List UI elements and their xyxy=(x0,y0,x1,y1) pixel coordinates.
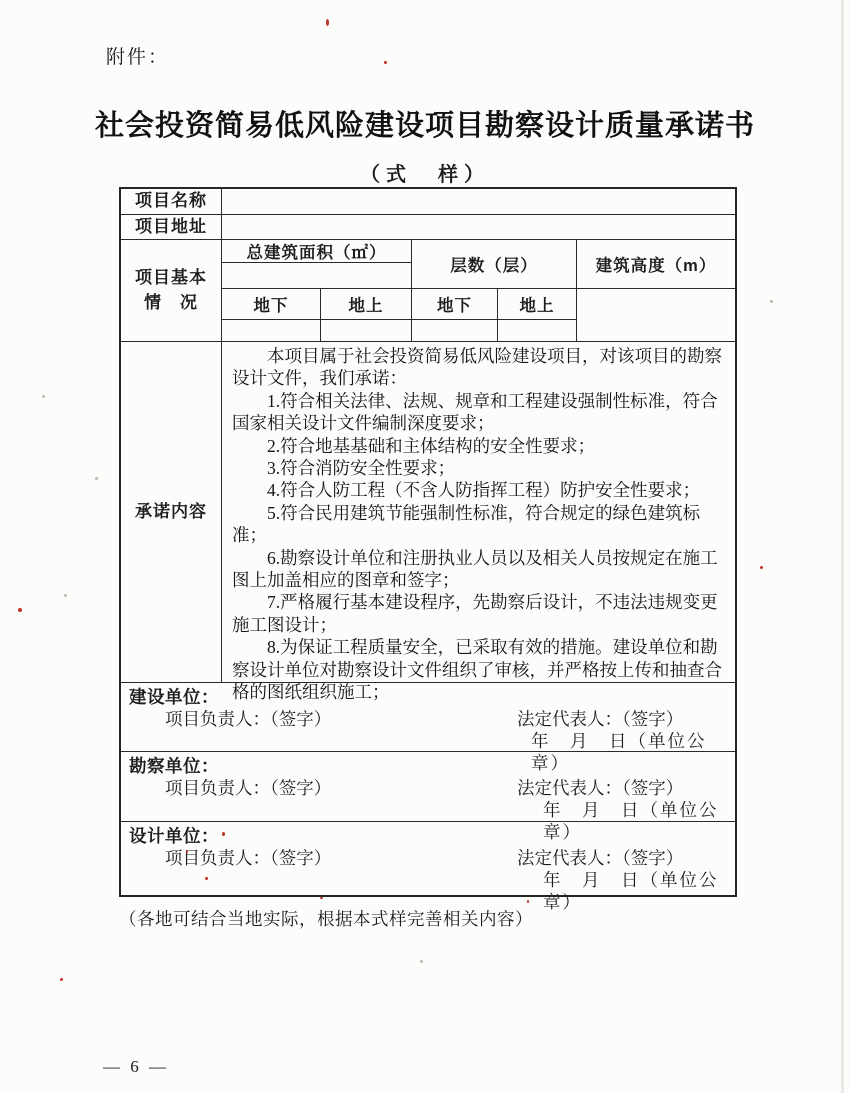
design-manager-signature-label: 项目负责人：（签字） xyxy=(165,848,331,868)
floors-above-value xyxy=(498,320,577,341)
attachment-label: 附件： xyxy=(106,42,169,69)
footnote: （各地可结合当地实际，根据本式样完善相关内容） xyxy=(119,906,533,931)
area-below-value xyxy=(222,320,321,341)
red-scan-speck xyxy=(18,608,22,612)
commitment-intro: 本项目属于社会投资简易低风险建设项目，对该项目的勘察设计文件，我们承诺： xyxy=(232,345,726,390)
basic-info-label: 项目基本 情 况 xyxy=(121,240,222,341)
red-scan-speck xyxy=(205,877,208,880)
commitment-item-2: 2.符合地基基础和主体结构的安全性要求； xyxy=(232,435,726,457)
page-number: — 6 — xyxy=(103,1057,169,1077)
survey-unit-label: 勘察单位： xyxy=(129,755,735,777)
project-address-value xyxy=(222,215,735,239)
commitment-row: 承诺内容 本项目属于社会投资简易低风险建设项目，对该项目的勘察设计文件，我们承诺… xyxy=(121,342,735,683)
design-unit-label: 设计单位： xyxy=(129,825,735,847)
area-below-header: 地下 xyxy=(222,289,321,320)
design-legal-rep-signature-label: 法定代表人：（签字） xyxy=(517,847,683,869)
red-scan-speck xyxy=(384,61,387,64)
basic-info-row: 项目基本 情 况 总建筑面积（㎡） 层数（层） 建筑高度（m） 地下 地上 地下… xyxy=(121,240,735,342)
commitment-item-5: 5.符合民用建筑节能强制性标准，符合规定的绿色建筑标准； xyxy=(232,502,726,547)
floors-above-header: 地上 xyxy=(498,289,577,320)
design-date-seal-label: 年 月 日（单位公章） xyxy=(543,869,735,913)
project-address-row: 项目地址 xyxy=(121,215,735,240)
commitment-item-1: 1.符合相关法律、法规、规章和工程建设强制性标准，符合国家相关设计文件编制深度要… xyxy=(232,390,726,435)
red-scan-speck xyxy=(326,19,329,26)
gray-scan-speck xyxy=(64,594,67,597)
commitment-item-4: 4.符合人防工程（不含人防指挥工程）防护安全性要求； xyxy=(232,479,726,501)
construction-unit-label: 建设单位： xyxy=(129,686,735,708)
commitment-item-6: 6.勘察设计单位和注册执业人员以及相关人员按规定在施工图上加盖相应的图章和签字； xyxy=(232,547,726,592)
gray-scan-speck xyxy=(95,477,98,480)
gray-scan-speck xyxy=(420,960,423,963)
total-area-header: 总建筑面积（㎡） xyxy=(222,240,412,263)
red-scan-speck xyxy=(222,832,225,836)
construction-legal-rep-signature-label: 法定代表人：（签字） xyxy=(517,708,683,730)
document-title: 社会投资简易低风险建设项目勘察设计质量承诺书 xyxy=(0,103,850,144)
red-scan-speck xyxy=(60,978,63,981)
gray-scan-speck xyxy=(770,300,773,303)
commitment-text: 本项目属于社会投资简易低风险建设项目，对该项目的勘察设计文件，我们承诺： 1.符… xyxy=(222,342,735,682)
design-unit-signature-block: 设计单位： 项目负责人：（签字） 法定代表人：（签字） 年 月 日（单位公章） xyxy=(121,822,735,895)
height-header: 建筑高度（m） xyxy=(577,240,735,289)
floors-header: 层数（层） xyxy=(412,240,577,289)
area-above-header: 地上 xyxy=(321,289,412,320)
project-name-value xyxy=(222,189,735,214)
basic-info-label-line1: 项目基本 xyxy=(135,268,207,287)
basic-info-grid: 总建筑面积（㎡） 层数（层） 建筑高度（m） 地下 地上 地下 地上 xyxy=(222,240,735,341)
project-name-label: 项目名称 xyxy=(121,189,222,214)
document-subtitle: （式 样） xyxy=(0,158,850,187)
floors-below-value xyxy=(412,320,498,341)
survey-legal-rep-signature-label: 法定代表人：（签字） xyxy=(517,777,683,799)
construction-unit-signature-block: 建设单位： 项目负责人：（签字） 法定代表人：（签字） 年 月 日（单位公章） xyxy=(121,683,735,752)
commitment-item-7: 7.严格履行基本建设程序，先勘察后设计，不违法违规变更施工图设计； xyxy=(232,591,726,636)
scanned-document-page: 附件： 社会投资简易低风险建设项目勘察设计质量承诺书 （式 样） 项目名称 项目… xyxy=(0,0,850,1093)
survey-manager-signature-label: 项目负责人：（签字） xyxy=(165,778,331,798)
floors-below-header: 地下 xyxy=(412,289,498,320)
red-scan-speck xyxy=(320,897,323,899)
gray-scan-speck xyxy=(42,395,45,398)
height-value xyxy=(577,289,735,341)
commitment-form-table: 项目名称 项目地址 项目基本 情 况 总建筑面积（㎡） 层数（层） 建筑高度（m… xyxy=(119,187,737,897)
project-address-label: 项目地址 xyxy=(121,215,222,239)
project-name-row: 项目名称 xyxy=(121,189,735,215)
basic-info-label-line2: 情 况 xyxy=(144,293,198,312)
red-scan-speck xyxy=(760,566,763,569)
construction-manager-signature-label: 项目负责人：（签字） xyxy=(165,709,331,729)
survey-unit-signature-block: 勘察单位： 项目负责人：（签字） 法定代表人：（签字） 年 月 日（单位公章） xyxy=(121,752,735,822)
total-area-value xyxy=(222,263,412,289)
commitment-item-3: 3.符合消防安全性要求； xyxy=(232,457,726,479)
area-above-value xyxy=(321,320,412,341)
red-scan-speck xyxy=(186,850,188,853)
commitment-label: 承诺内容 xyxy=(121,342,222,682)
red-scan-speck xyxy=(527,900,529,903)
